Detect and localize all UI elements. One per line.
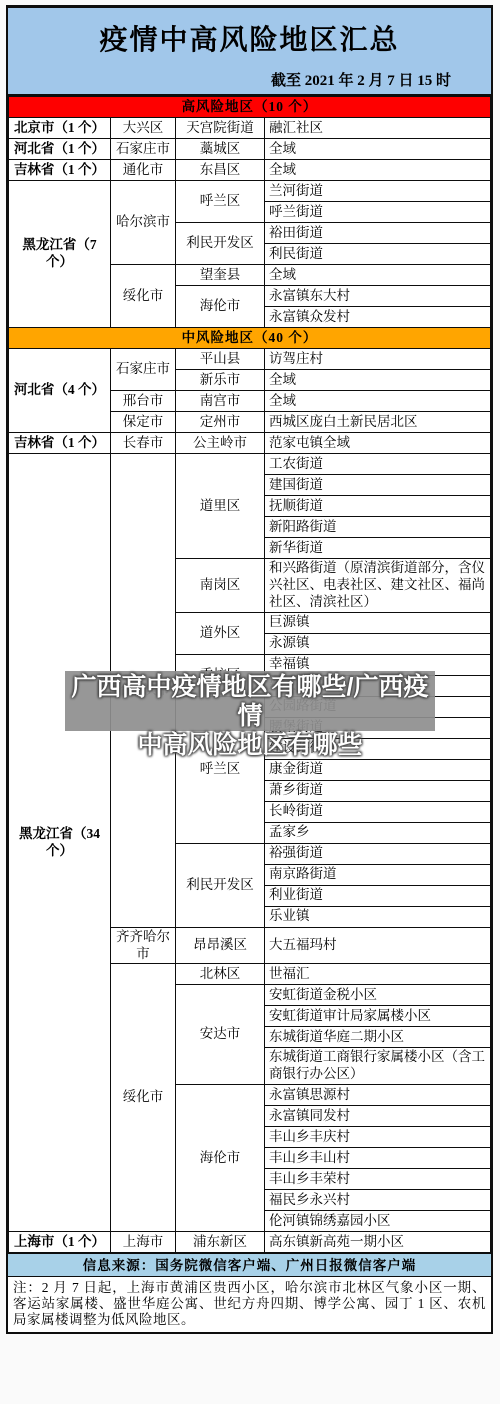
area-cell: 孟家乡 (265, 822, 491, 843)
city-cell: 哈尔滨市 (111, 181, 176, 265)
area-cell: 大五福玛村 (265, 927, 491, 964)
city-cell: 石家庄市 (111, 139, 176, 160)
section-header-medium-risk: 中风险地区（40 个） (9, 328, 491, 349)
district-cell: 海伦市 (176, 286, 265, 328)
area-cell: 呼兰街道 (265, 202, 491, 223)
area-cell: 访驾庄村 (265, 349, 491, 370)
area-cell: 丰山乡丰山村 (265, 1148, 491, 1169)
city-cell: 齐齐哈尔市 (111, 927, 176, 964)
area-cell: 和兴路街道（原清滨街道部分，含仪兴社区、电表社区、建文社区、福尚社区、清滨社区） (265, 559, 491, 613)
area-cell: 福民乡永兴村 (265, 1190, 491, 1211)
table-row: 黑龙江省（34 个）哈尔滨市道里区工农街道 (9, 454, 491, 475)
district-cell: 利民开发区 (176, 223, 265, 265)
area-cell: 安虹街道金税小区 (265, 985, 491, 1006)
area-cell: 建国街道 (265, 475, 491, 496)
province-cell: 北京市（1 个） (9, 118, 111, 139)
area-cell: 裕田街道 (265, 223, 491, 244)
district-cell: 天宫院街道 (176, 118, 265, 139)
area-cell: 东城街道华庭二期小区 (265, 1027, 491, 1048)
area-cell: 康金街道 (265, 759, 491, 780)
city-cell: 邢台市 (111, 391, 176, 412)
area-cell: 巨源镇 (265, 612, 491, 633)
district-cell: 南宫市 (176, 391, 265, 412)
area-cell: 世福汇 (265, 964, 491, 985)
table-row: 河北省（1 个）石家庄市藁城区全域 (9, 139, 491, 160)
watermark-line-1: 广西高中疫情地区有哪些/广西疫情 (65, 673, 435, 731)
city-cell: 长春市 (111, 433, 176, 454)
district-cell: 望奎县 (176, 265, 265, 286)
district-cell: 定州市 (176, 412, 265, 433)
province-cell: 吉林省（1 个） (9, 433, 111, 454)
area-cell: 永富镇同发村 (265, 1106, 491, 1127)
area-cell: 丰山乡丰庆村 (265, 1127, 491, 1148)
source-bar: 信息来源：国务院微信客户端、广州日报微信客户端 (8, 1253, 491, 1276)
area-cell: 利民街道 (265, 244, 491, 265)
section-header-high-risk: 高风险地区（10 个） (9, 97, 491, 118)
area-cell: 安虹街道审计局家属楼小区 (265, 1006, 491, 1027)
infographic-page: 疫情中高风险地区汇总 截至 2021 年 2 月 7 日 15 时 高风险地区（… (0, 0, 500, 1404)
city-cell: 大兴区 (111, 118, 176, 139)
area-cell: 永富镇东大村 (265, 286, 491, 307)
area-cell: 范家屯镇全域 (265, 433, 491, 454)
watermark-overlay: 广西高中疫情地区有哪些/广西疫情 中高风险地区有哪些 (65, 671, 435, 731)
area-cell: 丰山乡丰荣村 (265, 1169, 491, 1190)
district-cell: 东昌区 (176, 160, 265, 181)
area-cell: 全域 (265, 139, 491, 160)
province-cell: 黑龙江省（7 个） (9, 181, 111, 328)
section-header-row: 中风险地区（40 个） (9, 328, 491, 349)
area-cell: 高东镇新高苑一期小区 (265, 1232, 491, 1253)
area-cell: 新阳路街道 (265, 517, 491, 538)
district-cell: 安达市 (176, 985, 265, 1085)
district-cell: 海伦市 (176, 1085, 265, 1232)
area-cell: 萧乡街道 (265, 780, 491, 801)
area-cell: 新华街道 (265, 538, 491, 559)
district-cell: 公主岭市 (176, 433, 265, 454)
city-cell: 绥化市 (111, 964, 176, 1232)
area-cell: 全域 (265, 370, 491, 391)
province-cell: 河北省（1 个） (9, 139, 111, 160)
table-row: 河北省（4 个）石家庄市平山县访驾庄村 (9, 349, 491, 370)
as-of-date: 截至 2021 年 2 月 7 日 15 时 (8, 69, 491, 90)
table-row: 吉林省（1 个）通化市东昌区全域 (9, 160, 491, 181)
section-header-row: 高风险地区（10 个） (9, 97, 491, 118)
area-cell: 全域 (265, 391, 491, 412)
province-cell: 吉林省（1 个） (9, 160, 111, 181)
city-cell: 石家庄市 (111, 349, 176, 391)
area-cell: 全域 (265, 160, 491, 181)
watermark-line-2: 中高风险地区有哪些 (65, 731, 435, 760)
province-cell: 上海市（1 个） (9, 1232, 111, 1253)
city-cell: 绥化市 (111, 265, 176, 328)
area-cell: 西城区庞白土新民居北区 (265, 412, 491, 433)
area-cell: 乐业镇 (265, 906, 491, 927)
city-cell: 通化市 (111, 160, 176, 181)
risk-summary-sheet: 疫情中高风险地区汇总 截至 2021 年 2 月 7 日 15 时 高风险地区（… (6, 5, 493, 1334)
table-row: 黑龙江省（7 个）哈尔滨市呼兰区兰河街道 (9, 181, 491, 202)
table-row: 上海市（1 个）上海市浦东新区高东镇新高苑一期小区 (9, 1232, 491, 1253)
area-cell: 长岭街道 (265, 801, 491, 822)
footnote: 注：2 月 7 日起，上海市黄浦区贵西小区，哈尔滨市北林区气象小区一期、客运站家… (8, 1276, 491, 1332)
district-cell: 藁城区 (176, 139, 265, 160)
area-cell: 南京路街道 (265, 864, 491, 885)
area-cell: 裕强街道 (265, 843, 491, 864)
district-cell: 新乐市 (176, 370, 265, 391)
district-cell: 道里区 (176, 454, 265, 559)
province-cell: 黑龙江省（34 个） (9, 454, 111, 1232)
report-header: 疫情中高风险地区汇总 截至 2021 年 2 月 7 日 15 时 (8, 8, 491, 96)
area-cell: 兰河街道 (265, 181, 491, 202)
page-title: 疫情中高风险地区汇总 (8, 18, 491, 58)
district-cell: 浦东新区 (176, 1232, 265, 1253)
area-cell: 利业街道 (265, 885, 491, 906)
district-cell: 道外区 (176, 612, 265, 654)
city-cell: 保定市 (111, 412, 176, 433)
district-cell: 平山县 (176, 349, 265, 370)
area-cell: 永富镇思源村 (265, 1085, 491, 1106)
table-row: 北京市（1 个）大兴区天宫院街道融汇社区 (9, 118, 491, 139)
district-cell: 南岗区 (176, 559, 265, 613)
district-cell: 北林区 (176, 964, 265, 985)
district-cell: 昂昂溪区 (176, 927, 265, 964)
district-cell: 呼兰区 (176, 181, 265, 223)
area-cell: 全域 (265, 265, 491, 286)
area-cell: 抚顺街道 (265, 496, 491, 517)
area-cell: 工农街道 (265, 454, 491, 475)
province-cell: 河北省（4 个） (9, 349, 111, 433)
district-cell: 利民开发区 (176, 843, 265, 927)
city-cell: 上海市 (111, 1232, 176, 1253)
area-cell: 伦河镇锦绣嘉园小区 (265, 1211, 491, 1232)
table-row: 吉林省（1 个）长春市公主岭市范家屯镇全域 (9, 433, 491, 454)
area-cell: 永源镇 (265, 633, 491, 654)
area-cell: 融汇社区 (265, 118, 491, 139)
area-cell: 东城街道工商银行家属楼小区（含工商银行办公区） (265, 1048, 491, 1085)
area-cell: 永富镇众发村 (265, 307, 491, 328)
